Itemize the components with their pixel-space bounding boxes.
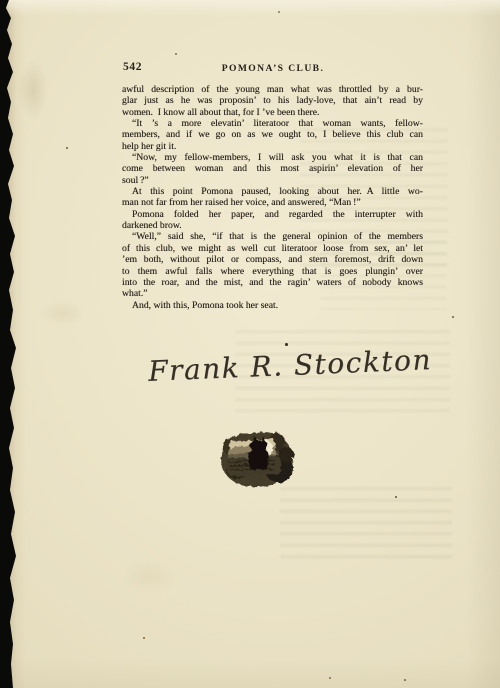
ink-speck xyxy=(175,53,177,55)
text-line: into the roar, and the mist, and the rag… xyxy=(122,277,423,288)
text-line: ’em both, without pilot or compass, and … xyxy=(122,254,423,265)
text-line: Pomona folded her paper, and regarded th… xyxy=(122,209,423,220)
text-line: soul ?” xyxy=(122,175,423,186)
text-line: of this club, we might as well cut liter… xyxy=(122,243,423,254)
text-line: And, with this, Pomona took her seat. xyxy=(122,300,423,311)
text-line: man not far from her raised her voice, a… xyxy=(122,197,423,208)
text-line: awful description of the young man what … xyxy=(122,84,423,95)
text-line: darkened brow. xyxy=(122,220,423,231)
text-line: to them awful falls where everything tha… xyxy=(122,266,423,277)
text-line: At this point Pomona paused, looking abo… xyxy=(122,186,423,197)
body-text: awful description of the young man what … xyxy=(122,84,423,311)
ink-dot xyxy=(285,343,288,346)
ink-speck xyxy=(278,11,280,13)
ink-speck xyxy=(329,677,331,679)
paper-stain xyxy=(18,60,48,120)
paper-sheet: 542 POMONA’S CLUB. awful description of … xyxy=(0,0,500,688)
bleed-through-texture xyxy=(280,487,452,559)
text-line: help her git it. xyxy=(122,141,423,152)
ink-speck xyxy=(66,147,68,149)
author-signature: Frank R. Stockton xyxy=(137,343,442,389)
paper-stain xyxy=(40,300,86,326)
text-line: women. I know all about that, for I ’ve … xyxy=(122,107,423,118)
ink-speck xyxy=(452,316,454,318)
paper-stain xyxy=(120,560,180,594)
text-line: “It ’s a more elevatin’ literatoor that … xyxy=(122,118,423,129)
running-title: POMONA’S CLUB. xyxy=(123,63,423,74)
text-line: come between woman and this most aspirin… xyxy=(122,163,423,174)
text-line: “Well,” said she, “if that is the genera… xyxy=(122,231,423,242)
ink-speck xyxy=(404,679,406,681)
ink-speck xyxy=(395,496,397,498)
cat-woodcut-vignette-icon xyxy=(216,429,298,489)
text-line: glar just as he was proposin’ to his lad… xyxy=(122,95,423,106)
text-line: “Now, my fellow-members, I will ask you … xyxy=(122,152,423,163)
ink-speck xyxy=(143,637,145,639)
text-line: members, and if we go on as we ought to,… xyxy=(122,129,423,140)
text-line: what.” xyxy=(122,288,423,299)
scanned-book-page: 542 POMONA’S CLUB. awful description of … xyxy=(0,0,500,688)
